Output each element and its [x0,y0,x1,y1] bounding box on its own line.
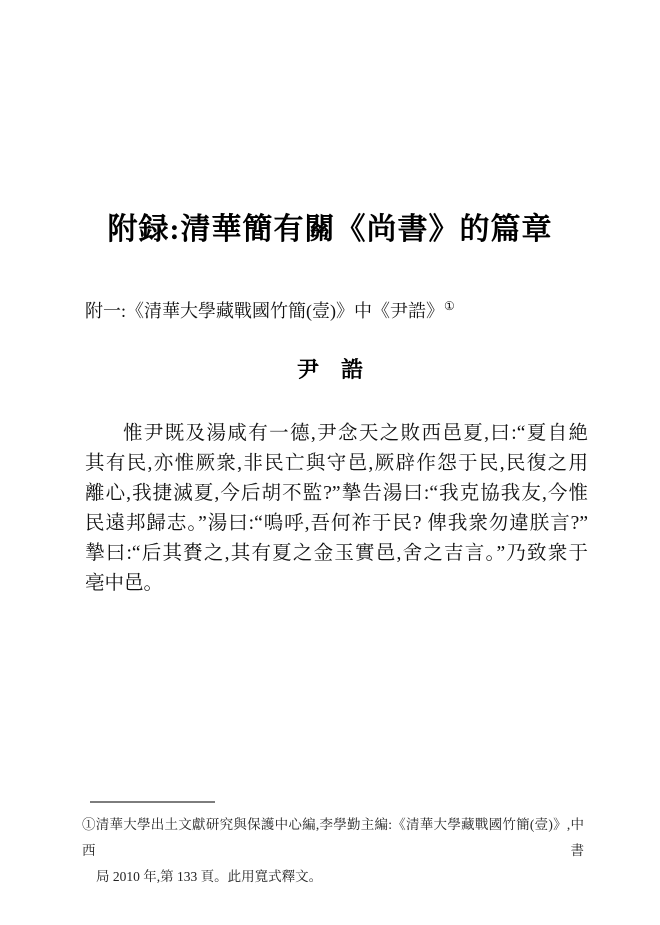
footnote-marker: ① [82,817,96,832]
body-text-line: 民遠邦歸志。”湯曰:“嗚呼,吾何祚于民? 俾我衆勿違朕言?” [85,509,588,539]
body-text-line: 離心,我捷滅夏,今后胡不監?”摯告湯曰:“我克協我友,今惟 [85,479,588,509]
footnote-reference-mark: ① [444,299,455,313]
footnote-separator-rule [90,801,215,803]
body-text-line: 摯曰:“后其賚之,其有夏之金玉實邑,舍之吉言。”乃致衆于 [85,539,588,569]
body-text: 惟尹既及湯咸有一德,尹念天之敗西邑夏,曰:“夏自絶 其有民,亦惟厥衆,非民亡與守… [85,419,588,599]
subtitle-text: 附一:《清華大學藏戰國竹簡(壹)》中《尹誥》 [85,301,444,321]
body-text-line: 亳中邑。 [85,569,588,599]
body-text-line: 其有民,亦惟厥衆,非民亡與守邑,厥辟作怨于民,民復之用 [85,449,588,479]
subtitle-line: 附一:《清華大學藏戰國竹簡(壹)》中《尹誥》① [85,297,590,323]
page-title: 附録:清華簡有關《尚書》的篇章 [0,204,660,248]
document-page: 附録:清華簡有關《尚書》的篇章 附一:《清華大學藏戰國竹簡(壹)》中《尹誥》① … [0,0,660,925]
footnote: ①清華大學出土文獻研究與保護中心編,李學勤主編:《清華大學藏戰國竹簡(壹)》,中… [82,812,584,890]
footnote-text: 清華大學出土文獻研究與保護中心編,李學勤主編:《清華大學藏戰國竹簡(壹)》,中西… [82,817,584,858]
body-text-line: 惟尹既及湯咸有一德,尹念天之敗西邑夏,曰:“夏自絶 [85,419,588,449]
footnote-line: 局 2010 年,第 133 頁。此用寬式釋文。 [82,864,584,890]
footnote-line: ①清華大學出土文獻研究與保護中心編,李學勤主編:《清華大學藏戰國竹簡(壹)》,中… [82,812,584,864]
section-heading: 尹 誥 [0,353,660,384]
